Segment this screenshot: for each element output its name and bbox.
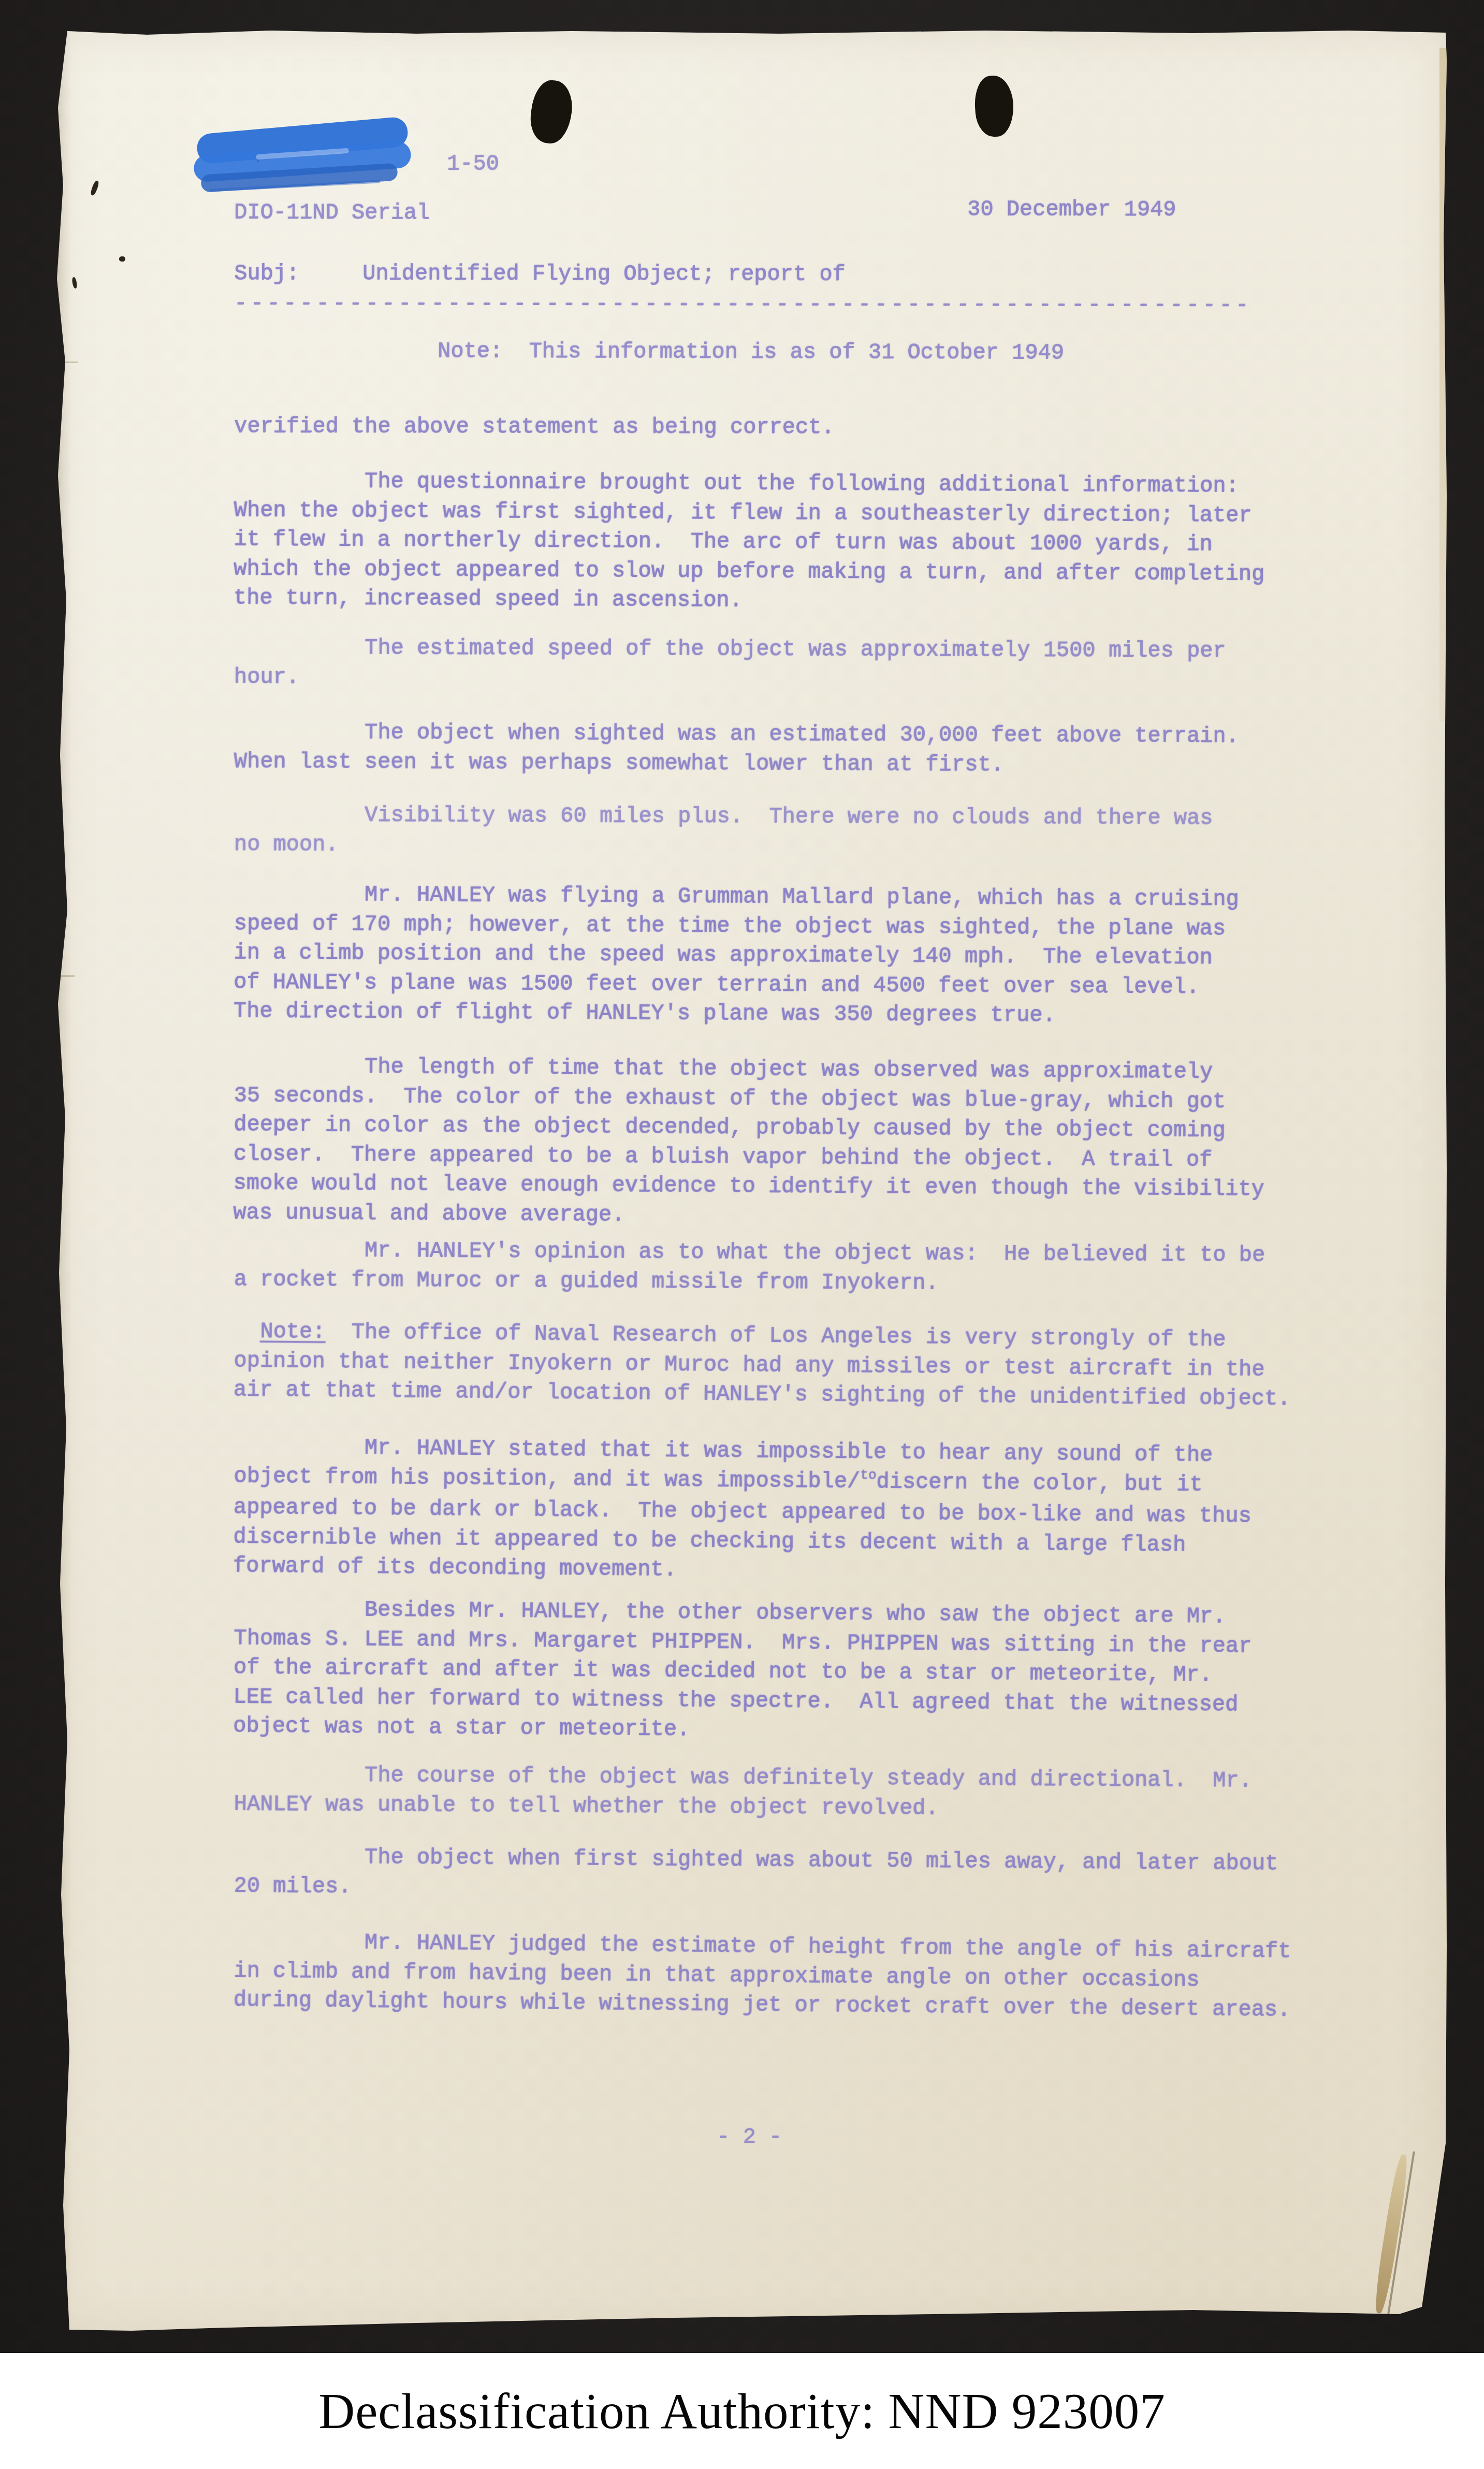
typed-line: Mr. HANLEY was flying a Grumman Mallard … <box>234 879 1239 914</box>
typed-line: of HANLEY's plane was 1500 feet over ter… <box>234 967 1239 1002</box>
blue-marker-redaction <box>194 118 421 196</box>
edge-crease <box>54 362 78 363</box>
page-right-edge <box>1439 48 1447 721</box>
paper-speck <box>90 180 100 196</box>
typed-paragraph: The object when first sighted was about … <box>234 1842 1278 1908</box>
typed-line: The object when sighted was an estimated… <box>234 717 1239 751</box>
page-number: - 2 - <box>206 2123 1293 2152</box>
typed-line: no moon. <box>234 829 1213 862</box>
typed-paragraph: Note: The office of Naval Research of Lo… <box>234 1317 1291 1413</box>
typed-paragraph: The estimated speed of the object was ap… <box>234 633 1226 695</box>
typed-line: HANLEY was unable to tell whether the ob… <box>234 1789 1252 1825</box>
stamp-number: 1-50 <box>447 149 499 179</box>
typed-line: hour. <box>234 662 1226 695</box>
paper-speck <box>119 256 125 262</box>
hole-punch-left <box>528 78 575 145</box>
typed-line: When the object was first sighted, it fl… <box>234 495 1264 530</box>
note-header: Note: This information is as of 31 Octob… <box>438 337 1064 368</box>
typed-line: The direction of flight of HANLEY's plan… <box>234 997 1239 1031</box>
typed-line: When last seen it was perhaps somewhat l… <box>234 746 1239 780</box>
typed-line: the turn, increased speed in ascension. <box>234 583 1264 618</box>
date: 30 December 1949 <box>967 195 1176 224</box>
typed-paragraph: The questionnaire brought out the follow… <box>234 466 1265 618</box>
typed-line: in a climb position and the speed was ap… <box>234 938 1239 973</box>
typed-line: Mr. HANLEY's opinion as to what the obje… <box>234 1235 1265 1270</box>
serial-label: DIO-11ND Serial <box>234 198 430 227</box>
typed-paragraph: The length of time that the object was o… <box>233 1051 1265 1233</box>
typed-line: which the object appeared to slow up bef… <box>234 554 1264 588</box>
typed-paragraph: The object when sighted was an estimated… <box>234 717 1239 780</box>
subject-value: Unidentified Flying Object; report of <box>362 259 846 289</box>
typed-line: verified the above statement as being co… <box>234 412 834 442</box>
typed-paragraph: Mr. HANLEY's opinion as to what the obje… <box>234 1235 1265 1299</box>
typed-paragraph: Besides Mr. HANLEY, the other observers … <box>233 1594 1252 1749</box>
paper-speck <box>71 277 78 288</box>
typed-paragraph: Mr. HANLEY judged the estimate of height… <box>233 1927 1291 2025</box>
torn-left-edge <box>54 30 71 2331</box>
declassification-caption: Declassification Authority: NND 923007 <box>318 2383 1166 2440</box>
typed-paragraph: Mr. HANLEY was flying a Grumman Mallard … <box>234 879 1239 1031</box>
typed-line: speed of 170 mph; however, at the time t… <box>234 908 1239 943</box>
scanned-page: 1-50 DIO-11ND Serial 30 December 1949 Su… <box>54 30 1447 2331</box>
dashed-divider: ----------------------------------------… <box>234 289 1252 320</box>
typed-paragraph: Mr. HANLEY stated that it was impossible… <box>232 1432 1252 1590</box>
typed-line: The questionnaire brought out the follow… <box>234 466 1265 501</box>
typed-paragraph: verified the above statement as being co… <box>234 412 834 442</box>
hole-punch-right <box>973 75 1015 138</box>
typed-line: it flew in a northerly direction. The ar… <box>234 525 1264 559</box>
typed-paragraph: The course of the object was definitely … <box>234 1760 1252 1825</box>
typed-paragraph: Visibility was 60 miles plus. There were… <box>234 800 1213 862</box>
caption-band: Declassification Authority: NND 923007 <box>0 2353 1484 2469</box>
typed-line: a rocket from Muroc or a guided missile … <box>234 1264 1264 1299</box>
typed-line: The estimated speed of the object was ap… <box>234 633 1226 666</box>
scanner-background: 1-50 DIO-11ND Serial 30 December 1949 Su… <box>0 0 1484 2353</box>
edge-crease <box>54 975 75 977</box>
typed-line: Visibility was 60 miles plus. There were… <box>234 800 1213 833</box>
subject-label: Subj: <box>234 259 299 288</box>
